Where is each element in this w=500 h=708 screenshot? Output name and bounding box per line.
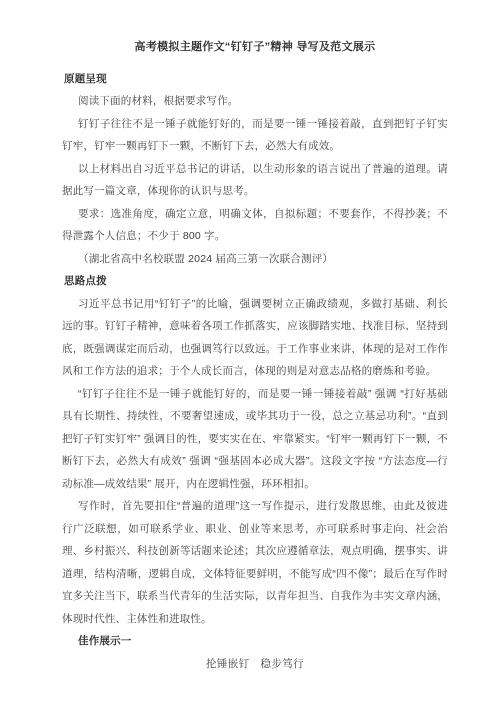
section-heading-sample-essay: 佳作展示一 <box>62 630 448 653</box>
paragraph-guidance-analysis: “钉钉子往往不是一锤子就能钉好的，而是要一锤一锤接着敲” 强调 “打好基础具有长… <box>62 383 448 496</box>
section-heading-guidance: 思路点拨 <box>62 270 448 293</box>
paragraph-exam-source: （湖北省高中名校联盟 2024 届高三第一次联合测评） <box>62 248 448 271</box>
paragraph-material-quote: 钉钉子往往不是一锤子就能钉好的，而是要一锤一锤接着敲，直到把钉子钉实钉牢，钉牢一… <box>62 113 448 158</box>
section-heading-original-question: 原题呈现 <box>62 68 448 91</box>
paragraph-material-source: 以上材料出自习近平总书记的讲话，以生动形象的语言说出了普遍的道理。请据此写一篇文… <box>62 158 448 203</box>
paragraph-requirements: 要求：选准角度，确定立意，明确文体，自拟标题；不要套作，不得抄袭；不得泄露个人信… <box>62 203 448 248</box>
document-title: 高考模拟主题作文“钉钉子”精神 导写及范文展示 <box>62 36 448 59</box>
paragraph-guidance-meaning: 习近平总书记用“钉钉子”的比喻，强调要树立正确政绩观，多做打基础、利长远的事。钉… <box>62 293 448 383</box>
document-body: 高考模拟主题作文“钉钉子”精神 导写及范文展示 原题呈现 阅读下面的材料，根据要… <box>0 0 500 675</box>
paragraph-guidance-writing-advice: 写作时，首先要扣住“普遍的道理”这一写作提示，进行发散思维，由此及彼进行广泛联想… <box>62 495 448 630</box>
paragraph-read-instruction: 阅读下面的材料，根据要求写作。 <box>62 90 448 113</box>
document-page: 高考模拟主题作文“钉钉子”精神 导写及范文展示 原题呈现 阅读下面的材料，根据要… <box>0 0 500 708</box>
sample-essay-title: 抡锤嵌钉 稳步笃行 <box>62 653 448 676</box>
